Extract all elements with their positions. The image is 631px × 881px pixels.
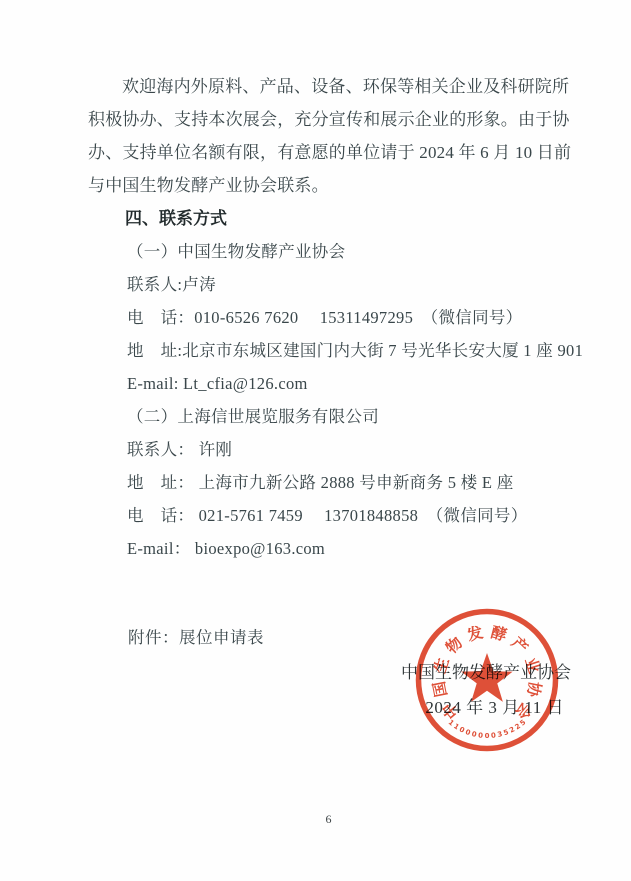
document-body: 欢迎海内外原料、产品、设备、环保等相关企业及科研院所 积极协办、支持本次展会，充…: [0, 0, 631, 654]
intro-line-1: 欢迎海内外原料、产品、设备、环保等相关企业及科研院所: [88, 70, 559, 103]
intro-line-2: 积极协办、支持本次展会，充分宣传和展示企业的形象。由于协: [88, 103, 559, 136]
svg-text:2: 2: [508, 725, 516, 734]
svg-text:0: 0: [471, 730, 478, 739]
contact2-person: 联系人： 许刚: [127, 433, 559, 466]
section-heading: 四、联系方式: [125, 202, 559, 235]
svg-text:0: 0: [491, 731, 497, 740]
contact2-email: E-mail： bioexpo@163.com: [127, 532, 559, 565]
document-page: 欢迎海内外原料、产品、设备、环保等相关企业及科研院所 积极协办、支持本次展会，充…: [0, 0, 631, 881]
svg-text:0: 0: [478, 731, 484, 740]
contact1-title: （一）中国生物发酵产业协会: [127, 235, 559, 268]
contact1-email: E-mail: Lt_cfia@126.com: [127, 367, 559, 400]
contact2-title: （二）上海信世展览服务有限公司: [127, 400, 559, 433]
svg-text:0: 0: [485, 732, 490, 740]
intro-line-4: 与中国生物发酵产业协会联系。: [88, 169, 559, 202]
attachment-line: 附件：展位申请表: [128, 621, 559, 654]
signature-date: 2024 年 3 月 11 日: [401, 690, 571, 725]
page-number: 6: [0, 812, 631, 827]
intro-line-3: 办、支持单位名额有限，有意愿的单位请于 2024 年 6 月 10 日前: [88, 136, 559, 169]
svg-text:0: 0: [464, 728, 471, 737]
contact1-phone: 电 话：010-6526 7620 15311497295 （微信同号）: [127, 301, 559, 334]
contact1-address: 地 址:北京市东城区建国门内大街 7 号光华长安大厦 1 座 901: [127, 334, 559, 367]
contact2-address: 地 址： 上海市九新公路 2888 号申新商务 5 楼 E 座: [127, 466, 559, 499]
svg-text:5: 5: [502, 728, 509, 737]
contact1-person: 联系人:卢涛: [127, 268, 559, 301]
svg-text:3: 3: [497, 730, 504, 739]
signature-block: 中国生物发酵产业协会 2024 年 3 月 11 日: [401, 655, 571, 725]
signature-org: 中国生物发酵产业协会: [401, 655, 571, 690]
contact2-phone: 电 话： 021-5761 7459 13701848858 （微信同号）: [127, 499, 559, 532]
svg-text:0: 0: [458, 725, 466, 734]
